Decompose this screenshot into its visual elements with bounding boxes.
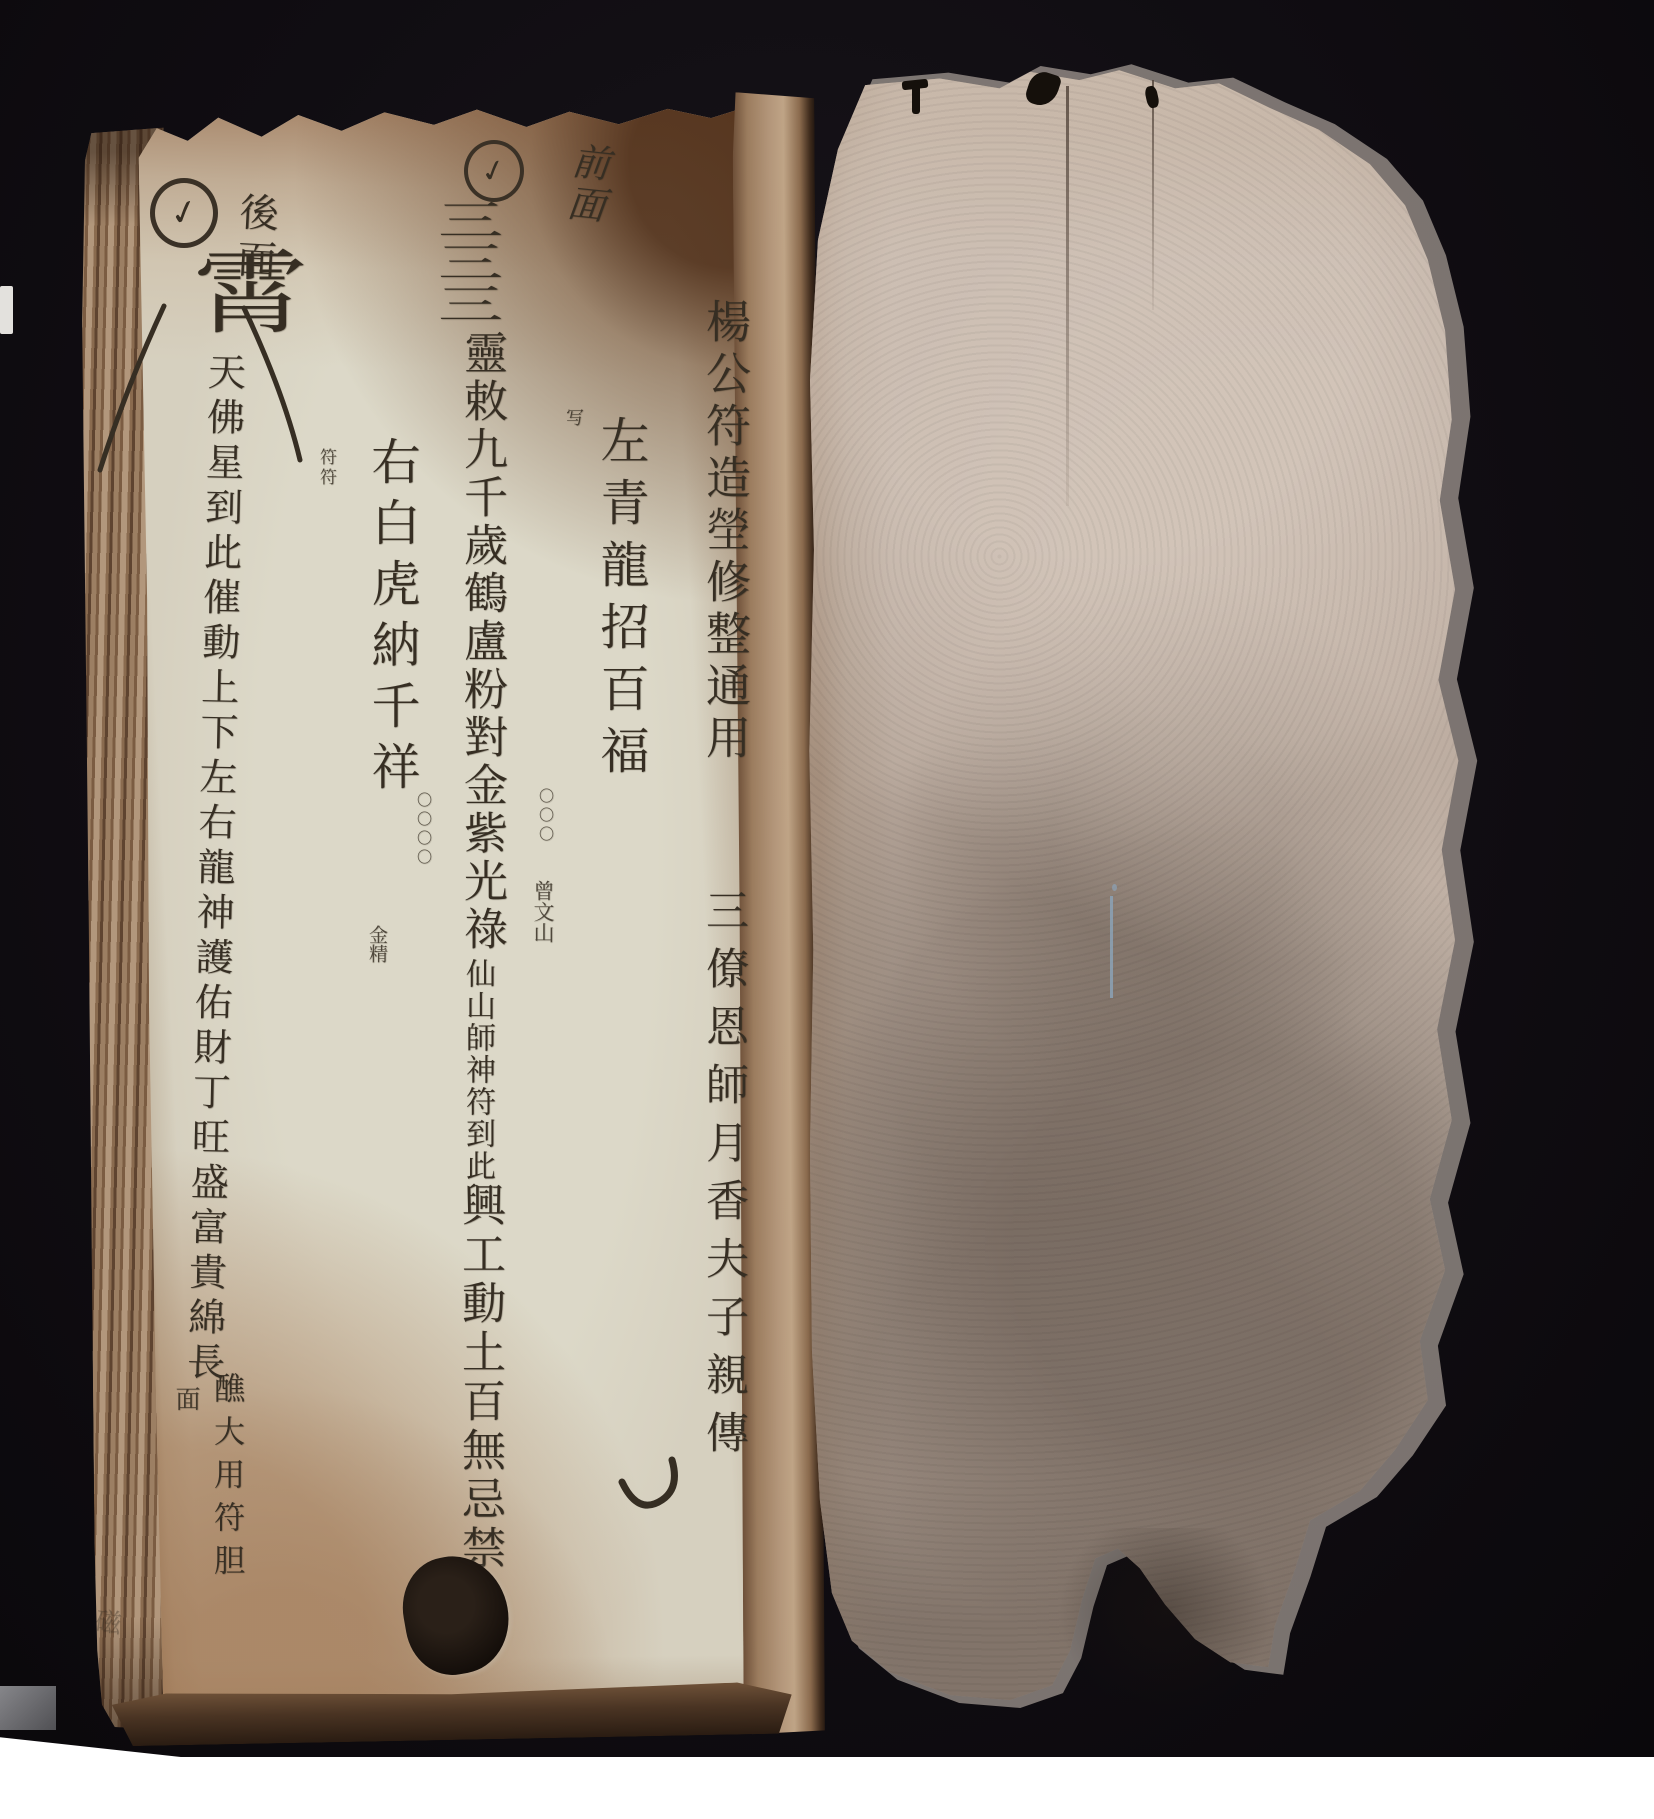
cover-crease-line (1066, 86, 1069, 506)
manuscript-photo: 楊公符造塋修整通用 三僚恩師月香夫子親傳 写 左青龍招百福 符符 右白虎納千祥 … (0, 0, 1654, 1819)
talisman-side-note-right: 曾文山 (528, 880, 558, 943)
usage-side-note: 面 (168, 1386, 204, 1411)
tiger-column-note: 符符 (314, 448, 339, 488)
lineage-column: 三僚恩師月香夫子親傳 (694, 888, 755, 1468)
talisman-breath-circles-right: 〇〇〇 (536, 788, 557, 845)
title-column: 楊公符造塋修整通用 (692, 298, 757, 766)
tiger-column: 右白虎納千祥 (357, 436, 427, 802)
photo-corner-patch (0, 1686, 56, 1730)
dragon-column: 左青龍招百福 (586, 415, 656, 787)
talisman-breath-circles-left: 〇〇〇〇 (414, 792, 435, 868)
cover-crease-line (1152, 80, 1154, 310)
talisman-side-note-left: 金精 (364, 925, 391, 963)
faint-blue-mark (1110, 896, 1113, 998)
cover-tear-shadow (1058, 1528, 1273, 1713)
photo-edge-sliver (0, 286, 13, 334)
check-circle-icon: ✓ (150, 178, 218, 248)
dragon-column-note: 写 (560, 408, 586, 426)
binding-thread-mark (912, 82, 920, 114)
check-circle-icon: ✓ (464, 140, 524, 202)
check-mark: ✓ (478, 151, 511, 191)
edge-bleed-mark: 磁 (86, 1606, 126, 1637)
talisman-body-glyphs: 靈敕九千歲鶴盧粉對金紫光祿 (449, 330, 513, 954)
talisman-closing-line: 興工動土百無忌禁 (447, 1182, 511, 1574)
front-face-label: 前面 (554, 139, 617, 228)
usage-note: 醮大用符胆 (204, 1372, 249, 1587)
check-mark: ✓ (165, 190, 202, 236)
talisman-tail-glyphs: 仙山師神符到此 (455, 958, 499, 1182)
faint-blue-mark-dot (1112, 884, 1117, 891)
torn-cover-page (800, 62, 1465, 1710)
talisman-seal-bars: 三三三 (435, 198, 497, 324)
flourish-mark (612, 1448, 696, 1522)
